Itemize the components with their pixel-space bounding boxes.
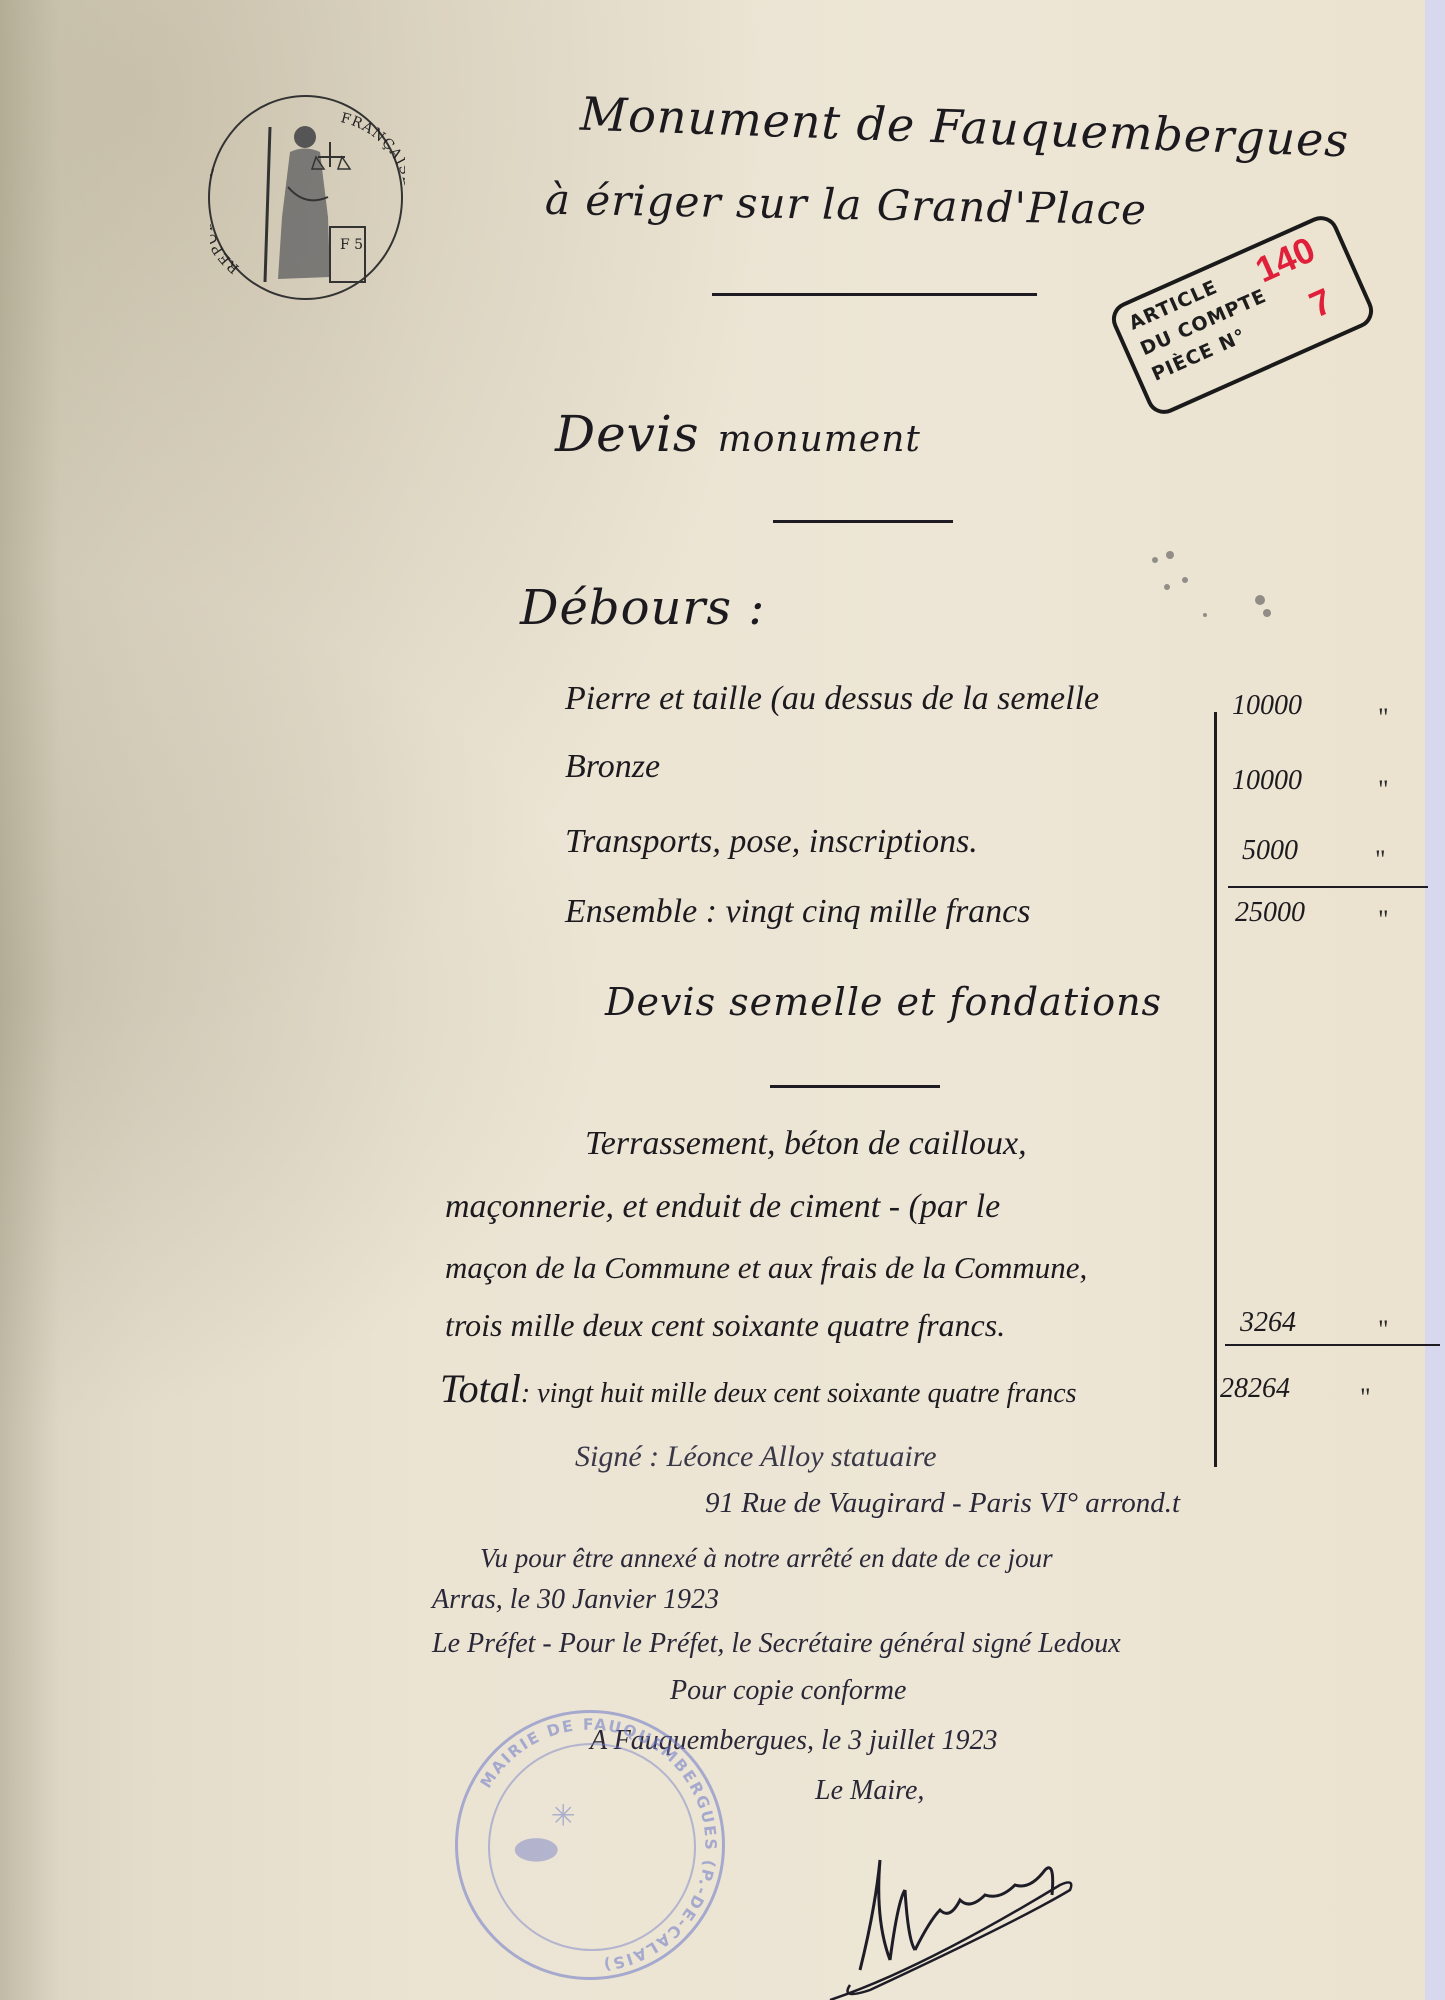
document-title-line2: à ériger sur la Grand'Place xyxy=(545,175,1148,234)
document-title-line1: Monument de Fauquembergues xyxy=(579,87,1350,168)
svg-text:REPUBLIQUE: REPUBLIQUE xyxy=(210,164,243,277)
subtotal-amount: 25000 xyxy=(1235,897,1305,929)
amount-transports: 5000 xyxy=(1242,835,1298,867)
title-underline xyxy=(712,293,1037,296)
item-transports: Transports, pose, inscriptions. xyxy=(565,823,978,861)
ditto-mark: " xyxy=(1378,1315,1389,1345)
address-line: 91 Rue de Vaugirard - Paris VI° arrond.t xyxy=(705,1487,1180,1520)
total-words: : vingt huit mille deux cent soixante qu… xyxy=(521,1378,1077,1409)
foundation-heading: Devis semelle et fondations xyxy=(605,980,1162,1024)
svg-text:Mirgrand: Mirgrand xyxy=(939,1929,944,1931)
total-rule xyxy=(1225,1344,1440,1346)
document-page: REPUBLIQUE FRANÇAISE F 5 Monument de Fau… xyxy=(0,0,1425,2000)
ditto-mark: " xyxy=(1360,1383,1371,1413)
total-line: Total: vingt huit mille deux cent soixan… xyxy=(440,1365,1077,1412)
svg-text:✳: ✳ xyxy=(551,1798,576,1832)
foundation-line-2: maçonnerie, et enduit de ciment - (par l… xyxy=(445,1188,1000,1226)
annex-line-3-prefet: Le Préfet - Pour le Préfet, le Secrétair… xyxy=(432,1628,1121,1660)
item-bronze: Bronze xyxy=(565,748,660,786)
annex-line-1: Vu pour être annexé à notre arrêté en da… xyxy=(480,1543,1053,1574)
subtotal-rule xyxy=(1228,886,1428,888)
ditto-mark: " xyxy=(1378,775,1389,805)
marianne-justice-icon: REPUBLIQUE FRANÇAISE F 5 xyxy=(210,97,405,302)
total-amount: 28264 xyxy=(1220,1373,1290,1405)
article-number: 140 xyxy=(1249,228,1321,291)
page-edge-shadow xyxy=(0,0,60,2000)
total-label: Total xyxy=(440,1366,521,1411)
ditto-mark: " xyxy=(1378,703,1389,733)
amount-bronze: 10000 xyxy=(1232,765,1302,797)
devis-word: Devis xyxy=(555,405,700,463)
section-underline xyxy=(773,520,953,523)
foundation-line-4: trois mille deux cent soixante quatre fr… xyxy=(445,1307,1005,1344)
amount-column-rule xyxy=(1214,712,1217,1467)
foundation-line-3: maçon de la Commune et aux frais de la C… xyxy=(445,1250,1087,1286)
article-stamp: ARTICLE DU COMPTE PIÈCE N° 140 7 xyxy=(1106,210,1379,419)
ditto-mark: " xyxy=(1378,905,1389,935)
subtotal-label: Ensemble : vingt cinq mille francs xyxy=(565,893,1031,931)
devis-monument-heading: Devismonument xyxy=(555,405,921,463)
monument-word: monument xyxy=(718,419,921,460)
annex-line-2-date: Arras, le 30 Janvier 1923 xyxy=(432,1584,719,1616)
svg-text:F 5: F 5 xyxy=(340,237,363,253)
svg-text:MAIRIE DE FAUQUEMBERGUES (P.-D: MAIRIE DE FAUQUEMBERGUES (P.-DE-CALAIS) xyxy=(476,1715,720,1975)
debours-heading: Débours : xyxy=(520,580,765,636)
foundation-underline xyxy=(770,1085,940,1088)
amount-pierre-taille: 10000 xyxy=(1232,690,1302,722)
mairie-stamp-text-icon: MAIRIE DE FAUQUEMBERGUES (P.-DE-CALAIS) … xyxy=(458,1713,722,1977)
piece-number: 7 xyxy=(1303,280,1338,327)
mayor-signature: Mirgrand xyxy=(820,1800,1140,2000)
ditto-mark: " xyxy=(1375,845,1386,875)
ink-blot-marks xyxy=(1125,525,1275,635)
svg-text:FRANÇAISE: FRANÇAISE xyxy=(339,110,405,188)
foundation-amount: 3264 xyxy=(1240,1307,1296,1339)
signed-by-line: Signé : Léonce Alloy statuaire xyxy=(575,1440,937,1474)
mairie-stamp: MAIRIE DE FAUQUEMBERGUES (P.-DE-CALAIS) … xyxy=(455,1710,725,1980)
fiscal-stamp: REPUBLIQUE FRANÇAISE F 5 xyxy=(208,95,403,300)
annex-line-4-copie: Pour copie conforme xyxy=(670,1675,906,1707)
foundation-line-1: Terrassement, béton de cailloux, xyxy=(585,1125,1027,1163)
item-pierre-taille: Pierre et taille (au dessus de la semell… xyxy=(565,680,1099,718)
scan-background xyxy=(1425,0,1445,2000)
